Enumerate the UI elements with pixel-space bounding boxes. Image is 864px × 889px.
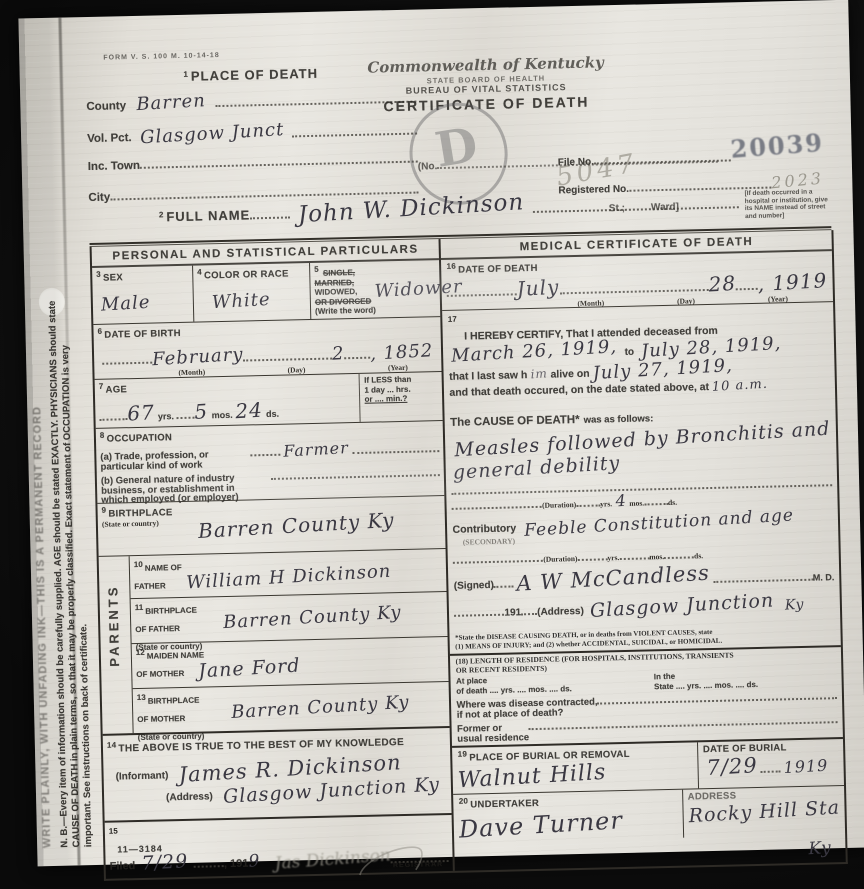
res-in1: In the bbox=[654, 672, 676, 681]
signed-address-content: 191 (Address) Glasgow Junction Ky bbox=[454, 591, 835, 622]
mother-l2: OF MOTHER bbox=[136, 669, 184, 679]
parents-rows: 10NAME OFFATHER William H Dickinson 11BI… bbox=[130, 549, 450, 733]
dotted-leader bbox=[713, 569, 813, 583]
undertaker-label: 20UNDERTAKER bbox=[459, 792, 677, 811]
dod-sub-day: (Day) bbox=[677, 296, 695, 305]
dotted-leader bbox=[619, 547, 649, 560]
vol-pct-line: Vol. Pct. Glasgow Junct bbox=[87, 119, 417, 147]
res-at2: of death .... yrs. .... mos. .... ds. bbox=[456, 684, 572, 696]
filed-year-digit: 9 bbox=[248, 851, 261, 872]
dotted-leader bbox=[664, 546, 694, 559]
signed-value: A W McCandless bbox=[516, 561, 711, 596]
marital-married: MARRIED, bbox=[314, 278, 354, 288]
signed-label: (Signed) bbox=[454, 580, 494, 592]
age-years: 67 bbox=[127, 400, 156, 426]
undertaker-address-cell: ADDRESS Rocky Hill Sta Ky bbox=[683, 786, 846, 838]
duration2-label: (Duration) bbox=[543, 554, 577, 564]
dod-year: , 1919 bbox=[757, 268, 828, 296]
full-name-text: FULL NAME bbox=[166, 207, 250, 224]
burial-date-values: 7/29 1919 bbox=[703, 752, 839, 779]
res-for2: usual residence bbox=[457, 732, 529, 745]
dob-day: 2 bbox=[331, 343, 345, 365]
race-text: COLOR OR RACE bbox=[204, 268, 289, 281]
res-at1: At place bbox=[456, 676, 487, 686]
burial-place-cell: 19PLACE OF BURIAL OR REMOVAL Walnut Hill… bbox=[453, 742, 699, 794]
dotted-leader bbox=[521, 603, 537, 615]
medical-column: MEDICAL CERTIFICATE OF DEATH 16DATE OF D… bbox=[441, 230, 846, 871]
dod-day: 28 bbox=[708, 271, 737, 297]
dotted-leader bbox=[644, 493, 668, 506]
signed-content: (Signed) A W McCandless M. D. bbox=[454, 561, 835, 594]
full-name-label: 2FULL NAME bbox=[159, 207, 251, 224]
dob-sub-day: (Day) bbox=[287, 365, 305, 374]
marital-single: SINGLE, bbox=[323, 268, 355, 278]
dob-row: 6DATE OF BIRTH February 2 , 1852 (Month)… bbox=[93, 317, 442, 380]
certify-saw-pre: that I last saw h bbox=[449, 369, 527, 383]
sex-text: SEX bbox=[103, 272, 123, 283]
certify-saw-post: alive on bbox=[550, 368, 589, 381]
age-ds-label: ds. bbox=[266, 409, 279, 419]
undertaker-address-state: Ky bbox=[808, 838, 832, 859]
father-bp-l2: OF FATHER bbox=[135, 624, 180, 634]
age-cell: 7AGE 67 yrs. 5 mos. 24 ds. bbox=[95, 374, 361, 428]
certify-to-label: to bbox=[625, 347, 635, 358]
file-no-value: 20039 bbox=[729, 128, 824, 164]
field-14-num: 14 bbox=[107, 741, 117, 750]
age-less-3: or .... min.? bbox=[365, 394, 408, 404]
signed-year-printed: 191 bbox=[504, 607, 521, 618]
duration2-ds: ds. bbox=[694, 551, 703, 560]
age-text: AGE bbox=[105, 384, 127, 395]
mother-name-row: 12MAIDEN NAMEOF MOTHER Jane Ford bbox=[132, 637, 449, 689]
duration1-value: 4 bbox=[614, 491, 626, 511]
mother-l1: MAIDEN NAME bbox=[147, 651, 205, 661]
signed-address-state: Ky bbox=[785, 597, 805, 614]
personal-column: PERSONAL AND STATISTICAL PARTICULARS 3SE… bbox=[92, 239, 456, 879]
duration1-ds: ds. bbox=[668, 498, 677, 507]
age-mos-label: mos. bbox=[212, 410, 233, 420]
dotted-leader bbox=[532, 196, 738, 213]
sex-cell: 3SEX Male bbox=[92, 266, 194, 324]
race-value: White bbox=[211, 289, 271, 313]
no-label: (No. bbox=[418, 161, 438, 172]
signed-md-label: M. D. bbox=[813, 572, 835, 582]
contributory-label: Contributory bbox=[452, 522, 516, 535]
duration1-yrs: yrs. bbox=[600, 499, 612, 508]
dotted-leader bbox=[177, 407, 195, 419]
marital-cell: 5 SINGLE, MARRIED, WIDOWED, OR DIVORCED … bbox=[310, 260, 441, 319]
inc-town-line: Inc. Town bbox=[88, 151, 418, 173]
dotted-leader bbox=[736, 278, 758, 290]
birthplace-row: 9BIRTHPLACE (State or country) Barren Co… bbox=[97, 496, 446, 557]
field-17-num: 17 bbox=[448, 315, 457, 324]
father-bp-l1: BIRTHPLACE bbox=[145, 606, 197, 616]
father-name-row: 10NAME OFFATHER William H Dickinson bbox=[130, 549, 447, 599]
duration2-mos: mos. bbox=[649, 552, 664, 561]
mother-bp-l1: BIRTHPLACE bbox=[148, 696, 200, 706]
dotted-leader bbox=[102, 352, 152, 365]
dotted-leader bbox=[447, 283, 517, 297]
dotted-leader bbox=[250, 444, 280, 457]
field-9-num: 9 bbox=[101, 506, 106, 515]
dotted-leader bbox=[99, 408, 127, 421]
dod-sub-year: (Year) bbox=[768, 294, 788, 303]
form-code: 11—3184 bbox=[117, 843, 163, 854]
informant-row: (Informant) James R. Dickinson (Address)… bbox=[103, 751, 452, 823]
dotted-leader bbox=[576, 494, 600, 507]
dod-month: July bbox=[516, 275, 560, 301]
dod-text: DATE OF DEATH bbox=[458, 263, 538, 276]
residence-label2: OR RECENT RESIDENTS) bbox=[456, 663, 547, 674]
residence-block: (18) LENGTH OF RESIDENCE (FOR HOSPITALS,… bbox=[450, 647, 843, 748]
occupation-text: OCCUPATION bbox=[107, 432, 173, 444]
marital-hint: (Write the word) bbox=[315, 306, 376, 316]
field-3-num: 3 bbox=[96, 270, 101, 279]
occupation-row: 8OCCUPATION (a) Trade, profession, orpar… bbox=[96, 421, 445, 504]
dotted-leader bbox=[454, 604, 504, 617]
field-11-num: 11 bbox=[135, 603, 144, 612]
residence-in-state: In theState .... yrs. .... mos. .... ds. bbox=[654, 670, 758, 691]
age-less-cell: If LESS than 1 day ... hrs. or .... min.… bbox=[359, 372, 443, 422]
field-15-num: 15 bbox=[109, 827, 118, 836]
field-4-num: 4 bbox=[197, 267, 202, 276]
hospital-note: [If death occurred in a hospital or inst… bbox=[744, 188, 831, 220]
signed-address-value: Glasgow Junction bbox=[589, 589, 774, 622]
burial-date-cell: DATE OF BURIAL 7/29 1919 bbox=[698, 739, 844, 788]
marital-widowed: WIDOWED, bbox=[315, 287, 358, 297]
burial-text: PLACE OF BURIAL OR REMOVAL bbox=[469, 749, 630, 764]
duration1-mos: mos. bbox=[629, 498, 644, 507]
dotted-leader bbox=[453, 550, 543, 564]
dob-text: DATE OF BIRTH bbox=[104, 328, 181, 341]
field-5-num: 5 bbox=[314, 265, 319, 274]
place-of-death-label: PLACE OF DEATH bbox=[191, 66, 318, 84]
father-birthplace-row: 11BIRTHPLACEOF FATHER(State or country) … bbox=[131, 592, 448, 644]
res-former-label: Former orusual residence bbox=[457, 723, 529, 744]
county-label: County bbox=[86, 100, 126, 113]
form-header: FORM V. S. 100 M. 10-14-18 1PLACE OF DEA… bbox=[85, 30, 831, 247]
undertaker-cell: 20UNDERTAKER Dave Turner bbox=[454, 790, 684, 843]
inc-town-label: Inc. Town bbox=[88, 160, 140, 173]
race-label: 4COLOR OR RACE bbox=[197, 265, 305, 281]
undertaker-row: 20UNDERTAKER Dave Turner ADDRESS Rocky H… bbox=[454, 786, 846, 843]
parents-side-cell: PARENTS bbox=[99, 556, 134, 734]
dotted-leader bbox=[271, 464, 441, 480]
filed-label: Filed bbox=[110, 860, 136, 873]
commonwealth-block: Commonwealth of Kentucky STATE BOARD OF … bbox=[355, 53, 616, 115]
father-l2: FATHER bbox=[134, 581, 166, 591]
age-days: 24 bbox=[235, 398, 264, 424]
parents-section: PARENTS 10NAME OFFATHER William H Dickin… bbox=[99, 549, 450, 736]
race-cell: 4COLOR OR RACE White bbox=[193, 263, 311, 322]
dob-sub-month: (Month) bbox=[178, 367, 205, 377]
field-12-num: 12 bbox=[136, 648, 145, 657]
field-1-num: 1 bbox=[183, 70, 189, 79]
occ-a2: particular kind of work bbox=[100, 459, 202, 472]
field-19-num: 19 bbox=[458, 750, 468, 759]
age-less-2: 1 day ... hrs. bbox=[364, 384, 410, 394]
age-less-1: If LESS than bbox=[364, 375, 411, 385]
mother-name-value: Jane Ford bbox=[198, 655, 301, 683]
undertaker-text: UNDERTAKER bbox=[470, 798, 539, 811]
dod-row: 16DATE OF DEATH July 28 , 1919 (Month) (… bbox=[441, 251, 833, 311]
certify-block: 17 I HEREBY CERTIFY, That I attended dec… bbox=[443, 302, 836, 411]
father-name-value: William H Dickinson bbox=[186, 561, 392, 594]
certify-death-text: and that death occured, on the date stat… bbox=[449, 381, 709, 399]
sex-value: Male bbox=[100, 292, 151, 316]
mother-birthplace-row: 13BIRTHPLACEOF MOTHER(State or country) … bbox=[133, 682, 450, 733]
dotted-leader bbox=[352, 440, 440, 454]
dotted-leader bbox=[760, 760, 780, 772]
dotted-leader bbox=[560, 279, 709, 294]
dotted-leader bbox=[140, 151, 418, 169]
field-8-num: 8 bbox=[100, 431, 105, 440]
certify-time-value: 10 a.m. bbox=[712, 377, 769, 395]
certificate-form: FORM V. S. 100 M. 10-14-18 1PLACE OF DEA… bbox=[85, 30, 831, 247]
signed-address-label: (Address) bbox=[537, 606, 584, 618]
age-values: 67 yrs. 5 mos. 24 ds. bbox=[99, 396, 356, 426]
vol-pct-label: Vol. Pct. bbox=[87, 132, 132, 145]
father-name-label: 10NAME OFFATHER bbox=[134, 563, 182, 591]
dotted-leader bbox=[344, 347, 370, 360]
burial-date-value: 7/29 bbox=[706, 753, 758, 780]
occupation-a-label: (a) Trade, profession, orparticular kind… bbox=[100, 449, 250, 471]
sex-race-marital-row: 3SEX Male 4COLOR OR RACE White 5 SINGLE,… bbox=[92, 260, 441, 325]
mother-bp-value: Barren County Ky bbox=[231, 692, 410, 723]
mother-name-label: 12MAIDEN NAMEOF MOTHER bbox=[136, 651, 204, 680]
duration1-label: (Duration) bbox=[542, 500, 576, 510]
cause-label-bold: The CAUSE OF DEATH* bbox=[450, 414, 580, 429]
burial-value: Walnut Hills bbox=[458, 760, 608, 794]
undertaker-value: Dave Turner bbox=[459, 806, 624, 843]
cause-block: The CAUSE OF DEATH* was as follows: Meas… bbox=[445, 402, 837, 493]
field-20-num: 20 bbox=[459, 797, 469, 806]
age-yrs-label: yrs. bbox=[158, 411, 174, 421]
dob-year: , 1852 bbox=[370, 340, 434, 365]
main-table: PERSONAL AND STATISTICAL PARTICULARS 3SE… bbox=[90, 230, 848, 881]
burial-date-year: 1919 bbox=[783, 756, 829, 778]
informant-label: (Informant) bbox=[116, 770, 169, 782]
vol-pct-value: Glasgow Junct bbox=[139, 119, 284, 148]
county-value: Barren bbox=[135, 90, 206, 115]
cause-label-rest: was as follows: bbox=[584, 413, 654, 426]
certify-saw-fill: im bbox=[530, 366, 548, 381]
age-row: 7AGE 67 yrs. 5 mos. 24 ds. If LESS than … bbox=[95, 372, 444, 429]
pencil-squiggle bbox=[353, 839, 444, 881]
field-7-num: 7 bbox=[99, 382, 104, 391]
dotted-leader bbox=[243, 348, 332, 362]
scanned-photo-background: WRITE PLAINLY, WITH UNFADING INK—THIS IS… bbox=[0, 0, 864, 889]
certificate-paper: WRITE PLAINLY, WITH UNFADING INK—THIS IS… bbox=[18, 0, 864, 866]
dob-sub-year: (Year) bbox=[388, 363, 408, 372]
field-13-num: 13 bbox=[137, 693, 146, 702]
field-16-num: 16 bbox=[447, 262, 457, 271]
father-l1: NAME OF bbox=[145, 563, 182, 573]
parents-label: PARENTS bbox=[105, 584, 122, 666]
father-bp-value: Barren County Ky bbox=[223, 602, 402, 633]
sex-label: 3SEX bbox=[96, 268, 188, 284]
occupation-a-value: Farmer bbox=[283, 438, 349, 461]
dotted-leader bbox=[250, 206, 290, 219]
mother-bp-l2: OF MOTHER bbox=[137, 714, 185, 724]
age-label: 7AGE bbox=[99, 376, 356, 396]
dotted-leader bbox=[194, 855, 224, 868]
dotted-leader bbox=[494, 575, 514, 587]
informant-address-label: (Address) bbox=[166, 791, 213, 803]
field-2-num: 2 bbox=[159, 210, 165, 219]
age-months: 5 bbox=[194, 399, 209, 424]
field-10-num: 10 bbox=[134, 560, 143, 569]
left-margin-notes: WRITE PLAINLY, WITH UNFADING INK—THIS IS… bbox=[23, 57, 95, 848]
dotted-leader bbox=[577, 548, 607, 561]
dotted-leader bbox=[292, 123, 417, 138]
birthplace-text: BIRTHPLACE bbox=[108, 507, 172, 519]
dotted-leader bbox=[452, 496, 542, 510]
form-number: FORM V. S. 100 M. 10-14-18 bbox=[103, 52, 220, 62]
duration2-yrs: yrs. bbox=[607, 553, 619, 562]
filed-year-printed: , 191 bbox=[224, 858, 249, 871]
field-6-num: 6 bbox=[97, 327, 102, 336]
